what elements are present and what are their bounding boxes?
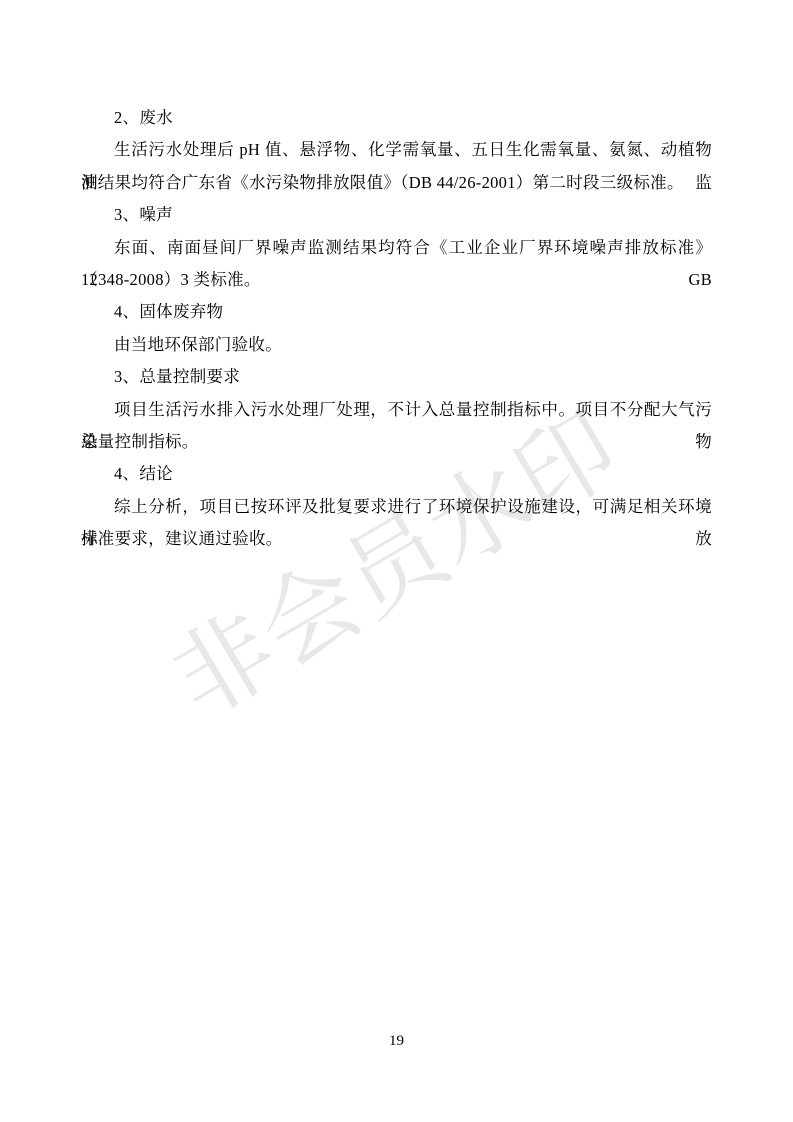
- section-heading: 2、废水: [81, 102, 712, 134]
- paragraph-line: 生活污水处理后 pH 值、悬浮物、化学需氧量、五日生化需氧量、氨氮、动植物油监: [81, 134, 712, 166]
- document-body: 2、废水 生活污水处理后 pH 值、悬浮物、化学需氧量、五日生化需氧量、氨氮、动…: [81, 102, 712, 555]
- paragraph-line: 东面、南面昼间厂界噪声监测结果均符合《工业企业厂界环境噪声排放标准》（GB: [81, 232, 712, 264]
- paragraph-line: 由当地环保部门验收。: [81, 329, 712, 361]
- section-heading: 4、结论: [81, 458, 712, 490]
- document-page: 非会员水印 2、废水 生活污水处理后 pH 值、悬浮物、化学需氧量、五日生化需氧…: [0, 0, 793, 1122]
- paragraph-line: 项目生活污水排入污水处理厂处理，不计入总量控制指标中。项目不分配大气污染物: [81, 394, 712, 426]
- paragraph-line: 测结果均符合广东省《水污染物排放限值》（DB 44/26-2001）第二时段三级…: [81, 167, 712, 199]
- section-heading: 4、固体废弃物: [81, 296, 712, 328]
- section-heading: 3、噪声: [81, 199, 712, 231]
- paragraph-line: 综上分析，项目已按环评及批复要求进行了环境保护设施建设，可满足相关环境排放: [81, 491, 712, 523]
- page-number: 19: [0, 1031, 793, 1051]
- section-heading: 3、总量控制要求: [81, 361, 712, 393]
